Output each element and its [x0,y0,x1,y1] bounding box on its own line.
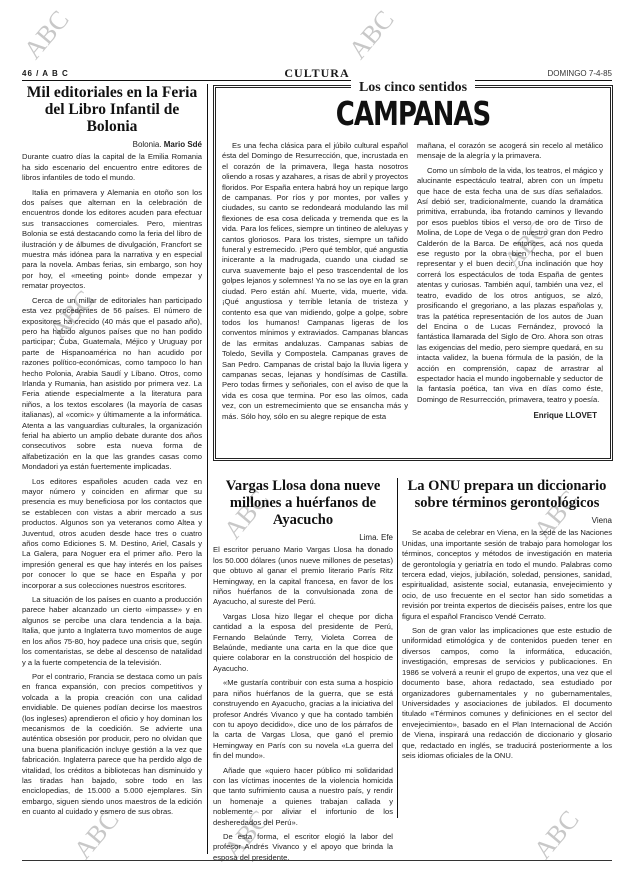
paragraph: Cerca de un millar de editoriales han pa… [22,296,202,473]
article-dateline: Viena [402,516,612,526]
article-feria-bolonia: Mil editoriales en la Feria del Libro In… [22,84,202,822]
paragraph: «Me gustaría contribuir con esta suma a … [213,678,393,761]
column-text-right: mañana, el corazón se acogerá sin recelo… [417,141,603,422]
dateline-place: Bolonia. [133,140,162,149]
article-vargas-llosa: Vargas Llosa dona nueve millones a huérf… [213,478,393,867]
paragraph: La situación de los países en cuanto a p… [22,595,202,668]
paragraph: Es una fecha clásica para el júbilo cult… [222,141,408,422]
paragraph: Son de gran valor las implicaciones que … [402,626,612,761]
article-dateline: Bolonia. Mario Sdé [22,140,202,150]
column-divider [207,84,208,854]
column-box-campanas: Los cinco sentidos CAMPANAS Es una fecha… [213,85,613,461]
column-text-left: Es una fecha clásica para el júbilo cult… [222,141,408,426]
paragraph: Se acaba de celebrar en Viena, en la sed… [402,528,612,622]
paragraph: Los editores españoles acuden cada vez e… [22,477,202,591]
paragraph: mañana, el corazón se acogerá sin recelo… [417,141,603,162]
watermark-logo: ABC [528,805,585,865]
article-onu: La ONU prepara un diccionario sobre térm… [402,478,612,765]
article-headline: Vargas Llosa dona nueve millones a huérf… [213,478,393,529]
article-headline: Mil editoriales en la Feria del Libro In… [22,84,202,135]
paragraph: Por el contrario, Francia se destaca com… [22,672,202,818]
paragraph: Como un símbolo de la vida, los teatros,… [417,166,603,405]
paragraph: Vargas Llosa hizo llegar el cheque por d… [213,612,393,674]
paragraph: De esta forma, el escritor elogió la lab… [213,832,393,863]
paragraph: Durante cuatro días la capital de la Emi… [22,152,202,183]
paragraph: Italia en primavera y Alemania en otoño … [22,188,202,292]
watermark-logo: ABC [343,5,400,65]
paragraph: El escritor peruano Mario Vargas Llosa h… [213,545,393,607]
dateline-author: Mario Sdé [164,140,202,149]
watermark-logo: ABC [18,5,75,65]
article-headline: La ONU prepara un diccionario sobre térm… [402,478,612,512]
article-dateline: Lima. Efe [213,533,393,543]
column-divider [397,478,398,818]
column-title: CAMPANAS [216,96,610,134]
bottom-rule [22,860,612,861]
column-signature: Enrique LLOVET [417,411,603,421]
page-date: DOMINGO 7-4-85 [548,69,612,78]
paragraph: Añade que «quiero hacer público mi solid… [213,766,393,828]
column-kicker: Los cinco sentidos [216,78,610,96]
